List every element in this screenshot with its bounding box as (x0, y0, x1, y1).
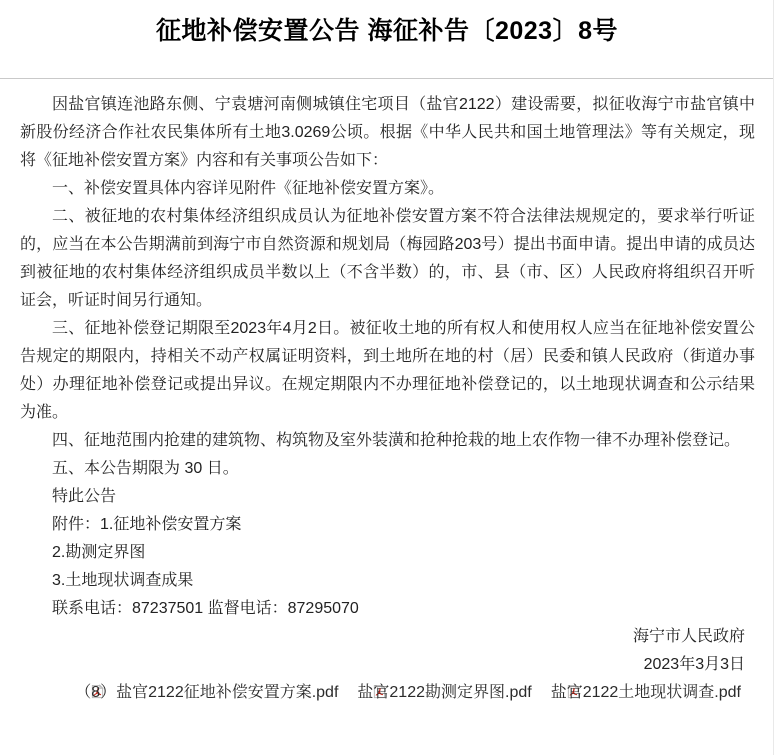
date-line: 2023年3月3日 (20, 651, 745, 679)
pdf-icon (534, 681, 549, 696)
item-four: 四、征地范围内抢建的建筑物、构筑物及室外装潢和抢种抢栽的地上农作物一律不办理补偿… (20, 427, 755, 455)
document-body: 因盐官镇连池路东侧、宁袁塘河南侧城镇住宅项目（盐官2122）建设需要，拟征收海宁… (0, 79, 774, 707)
attachment-link-label: （8）盐官2122征地补偿安置方案.pdf (75, 684, 338, 701)
issuer-line: 海宁市人民政府 (20, 623, 745, 651)
pdf-icon (340, 681, 355, 696)
closing-line: 特此公告 (20, 483, 755, 511)
attachment-links: （8）盐官2122征地补偿安置方案.pdf盐官2122勘测定界图.pdf盐官21… (20, 679, 755, 707)
attachment-link-compensation-plan-pdf[interactable]: （8）盐官2122征地补偿安置方案.pdf (56, 684, 338, 701)
attachment-link-label: 盐官2122土地现状调查.pdf (551, 684, 741, 701)
attachment-link-land-survey-pdf[interactable]: 盐官2122土地现状调查.pdf (532, 684, 741, 701)
attachment-note-1: 附件：1.征地补偿安置方案 (20, 511, 755, 539)
document-page: 征地补偿安置公告 海征补告〔2023〕8号 因盐官镇连池路东侧、宁袁塘河南侧城镇… (0, 0, 774, 755)
attachment-link-label: 盐官2122勘测定界图.pdf (357, 684, 531, 701)
signature-block: 海宁市人民政府 2023年3月3日 (20, 623, 755, 679)
item-five: 五、本公告期限为 30 日。 (20, 455, 755, 483)
intro-paragraph: 因盐官镇连池路东侧、宁袁塘河南侧城镇住宅项目（盐官2122）建设需要，拟征收海宁… (20, 91, 755, 175)
attachment-note-3: 3.土地现状调查成果 (20, 567, 755, 595)
attachment-note-2: 2.勘测定界图 (20, 539, 755, 567)
pdf-icon (58, 681, 73, 696)
item-one: 一、补偿安置具体内容详见附件《征地补偿安置方案》。 (20, 175, 755, 203)
item-three: 三、征地补偿登记期限至2023年4月2日。被征收土地的所有权人和使用权人应当在征… (20, 315, 755, 427)
page-title: 征地补偿安置公告 海征补告〔2023〕8号 (0, 0, 774, 46)
item-two: 二、被征地的农村集体经济组织成员认为征地补偿安置方案不符合法律法规规定的，要求举… (20, 203, 755, 315)
attachment-link-boundary-map-pdf[interactable]: 盐官2122勘测定界图.pdf (338, 684, 531, 701)
contact-line: 联系电话：87237501 监督电话：87295070 (20, 595, 755, 623)
